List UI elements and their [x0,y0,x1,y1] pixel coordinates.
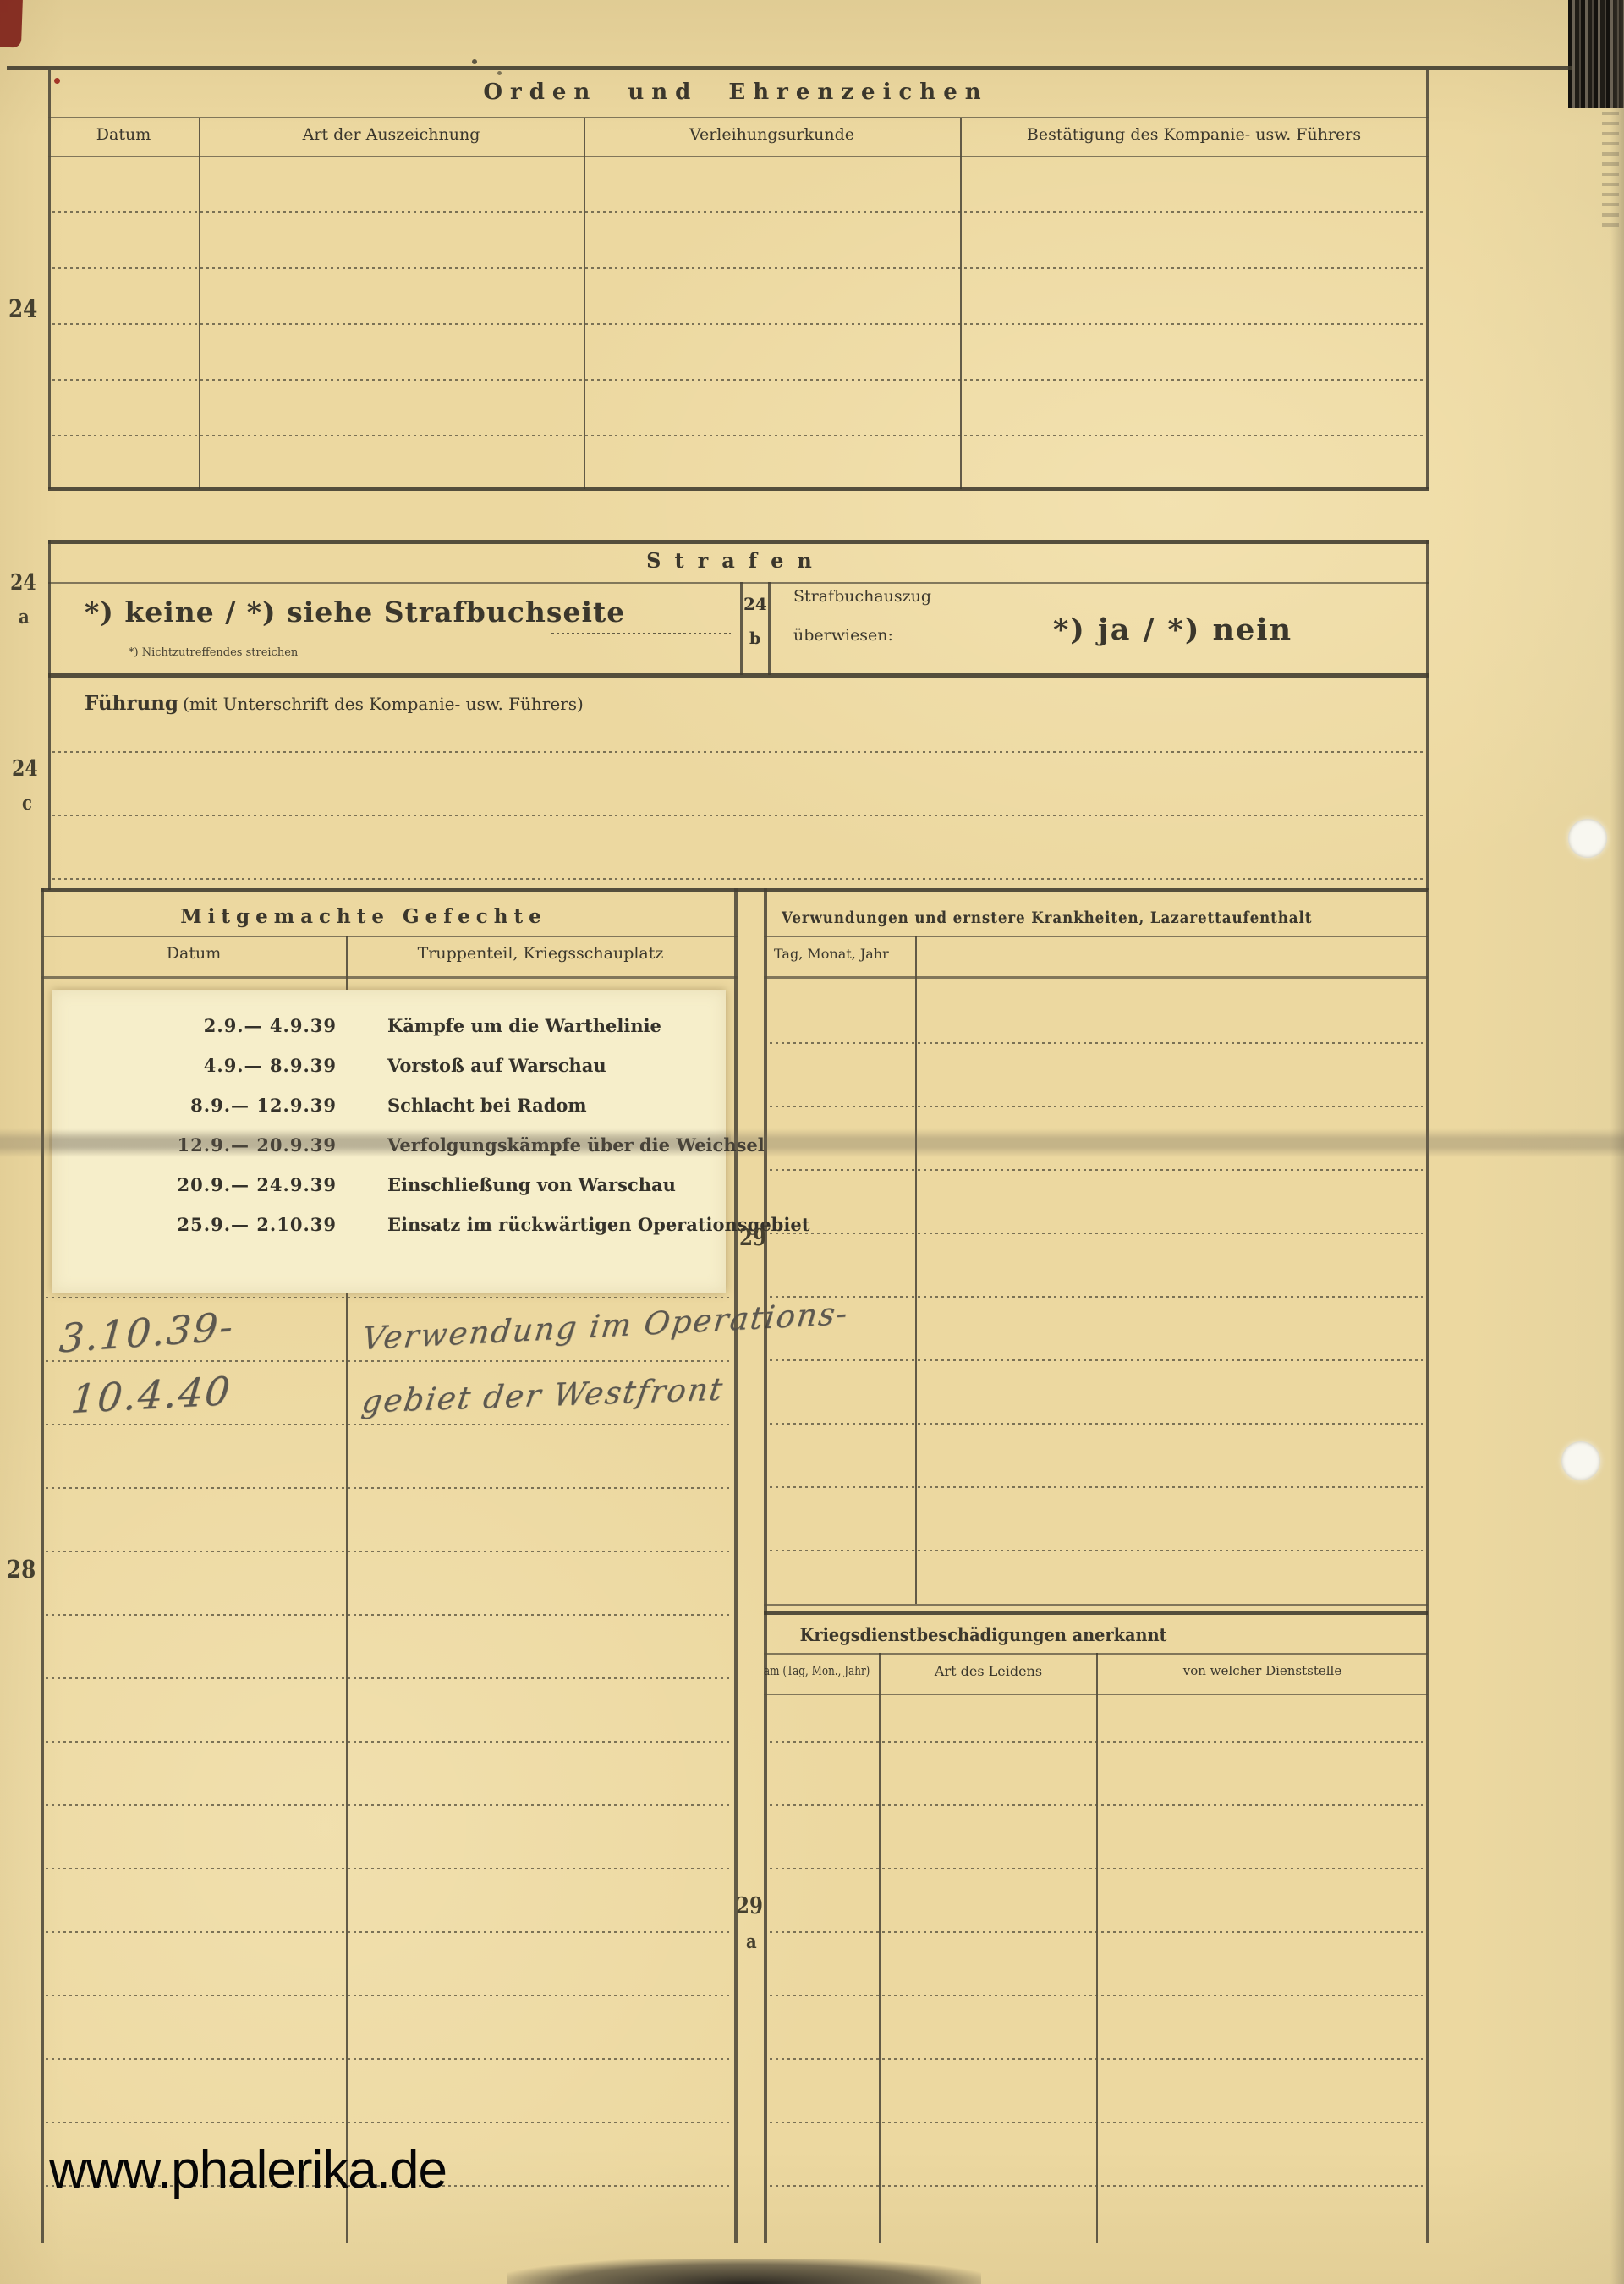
ink-speck [497,71,502,75]
battle-date: 2.9.— 4.9.39 [107,1015,337,1036]
strafen-box-line-1 [740,582,743,675]
strafen-options-text: *) keine / *) siehe Strafbuchseite [85,596,625,629]
fuehrung-heading-rest: (mit Unterschrift des Kompanie- usw. Füh… [183,694,584,714]
dotted-rule [770,1550,1423,1551]
dotted-rule [46,1741,731,1743]
verwundungen-margin-label: 29 [739,1225,766,1251]
typed-battle-list-slip: 2.9.— 4.9.39 Kämpfe um die Warthelinie 4… [52,990,726,1293]
dotted-rule [46,1424,731,1425]
gefechte-title-underline [41,936,738,937]
dotted-rule [770,1233,1423,1234]
ink-speck [472,59,477,64]
gefechte-border-right [734,888,738,2243]
kriegsdienst-margin-number: 29 [736,1893,763,1919]
strafen-extract-label: Strafbuchauszug [793,587,931,606]
battle-row: 25.9.— 2.10.39 Einsatz im rückwärtigen O… [52,1214,726,1239]
orden-section-title: Orden und Ehrenzeichen [398,80,1074,105]
dotted-rule [770,1296,1423,1298]
dotted-rule [52,267,1423,269]
orden-colsep-1 [199,118,200,489]
orden-col-urkunde: Verleihungsurkunde [584,125,960,144]
battle-row: 12.9.— 20.9.39 Verfolgungskämpfe über di… [52,1134,726,1160]
dotted-rule [770,1106,1423,1107]
strafen-margin-number: 24 [10,570,36,596]
dotted-rule [52,435,1423,436]
gefechte-margin-label: 28 [7,1555,36,1584]
strafen-title-underline [48,582,1429,584]
dotted-rule [770,2185,1423,2187]
orden-colsep-3 [960,118,962,489]
strafen-box-letter: b [749,629,760,648]
dotted-rule [770,1931,1423,1933]
kriegsdienst-top-thin-rule [764,1604,1428,1606]
dotted-rule [46,1297,731,1298]
orden-title-underline [48,117,1429,118]
handwritten-date: 10.4.40 [69,1368,233,1422]
battle-text: Schlacht bei Radom [387,1095,587,1116]
orden-header-underline [48,156,1429,157]
handwritten-date: 3.10.39- [58,1304,235,1362]
gefechte-section-title: Mitgemachte Gefechte [110,905,617,928]
verwundungen-section-title: Verwundungen und ernstere Krankheiten, L… [782,909,1312,927]
orden-bottom-rule [48,487,1429,491]
dotted-rule [46,2058,731,2060]
punch-hole [1561,1441,1600,1480]
dotted-rule [46,1551,731,1552]
dotted-rule [770,1486,1423,1488]
dotted-rule [46,1677,731,1679]
dotted-rule [770,1995,1423,1996]
top-rule [7,66,1572,70]
strafen-border-left [48,540,51,677]
kriegsdienst-col-art: Art des Leidens [880,1663,1097,1679]
dotted-rule [46,1995,731,1996]
orden-margin-label: 24 [8,294,37,323]
battle-row: 20.9.— 24.9.39 Einschließung von Warscha… [52,1174,726,1200]
dotted-rule [52,211,1423,213]
dotted-rule [52,815,1423,816]
battle-date: 4.9.— 8.9.39 [107,1055,337,1076]
kriegsdienst-top-rule [764,1611,1428,1615]
orden-col-datum: Datum [48,125,199,144]
kriegsdienst-section-title: Kriegsdienstbeschädigungen anerkannt [765,1624,1201,1645]
verwundungen-border-right [1426,888,1429,2243]
dotted-rule [46,1487,731,1489]
strafen-section-title: Strafen [507,548,964,573]
red-asterisk-speck [54,78,60,84]
dotted-rule [770,2122,1423,2123]
strafen-box-line-2 [768,582,771,675]
battle-date: 8.9.— 12.9.39 [107,1095,337,1116]
strafen-margin-letter: a [19,606,30,629]
strafen-box-number: 24 [743,594,767,614]
strafen-top-rule [48,540,1429,544]
dotted-rule [770,1169,1423,1171]
kriegsdienst-header-underline [764,1694,1428,1695]
dotted-rule [46,1931,731,1933]
dotted-rule [770,1741,1423,1743]
battle-text: Einschließung von Warschau [387,1174,676,1195]
fuehrung-heading: Führung (mit Unterschrift des Kompanie- … [85,692,584,715]
dotted-rule [46,1868,731,1869]
handwritten-text: Verwendung im Operations- [360,1295,851,1357]
dotted-rule [770,1423,1423,1425]
orden-col-bestaetigung: Bestätigung des Kompanie- usw. Führers [960,125,1428,144]
battle-text: Vorstoß auf Warschau [387,1055,606,1076]
fuehrung-border-left [48,677,51,890]
battle-row: 8.9.— 12.9.39 Schlacht bei Radom [52,1095,726,1120]
battle-row: 4.9.— 8.9.39 Vorstoß auf Warschau [52,1055,726,1080]
verwundungen-header-underline [764,976,1428,979]
strafen-ja-nein-options: *) ja / *) nein [1053,612,1292,647]
verwundungen-col-date: Tag, Monat, Jahr [774,946,889,962]
kriegsdienst-col-am: am (Tag, Mon., Jahr) [764,1663,857,1678]
gefechte-header-underline [41,976,738,979]
battle-date: 20.9.— 24.9.39 [107,1174,337,1195]
dotted-rule [46,2122,731,2123]
strafen-footnote: *) Nichtzutreffendes streichen [129,646,298,659]
verwundungen-colsep [915,936,917,1604]
battle-date: 25.9.— 2.10.39 [107,1214,337,1235]
dotted-rule [52,751,1423,753]
dotted-rule [52,379,1423,381]
gefechte-col-truppenteil: Truppenteil, Kriegsschauplatz [347,944,734,963]
strafen-border-right [1426,540,1429,677]
verwundungen-border-left [764,888,767,2243]
handwritten-text: gebiet der Westfront [359,1370,727,1419]
strafen-fill-line [551,633,731,634]
strafen-bottom-rule [48,673,1429,678]
verwundungen-title-underline [764,936,1428,937]
dotted-rule [52,878,1423,880]
kriegsdienst-col-dienststelle: von welcher Dienststelle [1097,1663,1428,1678]
battle-row: 2.9.— 4.9.39 Kämpfe um die Warthelinie [52,1015,726,1040]
dotted-rule [770,1359,1423,1361]
punch-hole [1568,819,1607,858]
battle-text: Kämpfe um die Warthelinie [387,1015,661,1036]
orden-col-art: Art der Auszeichnung [199,125,584,144]
battle-date: 12.9.— 20.9.39 [107,1134,337,1156]
dotted-rule [770,1804,1423,1806]
watermark-text: www.phalerika.de [49,2140,447,2200]
fuehrung-margin-letter: c [22,792,32,815]
gefechte-col-datum: Datum [41,944,347,963]
gefechte-border-left [41,888,44,2243]
fuehrung-border-right [1426,677,1429,890]
red-corner-mark [0,0,23,48]
orden-colsep-2 [584,118,585,489]
dotted-rule [770,1868,1423,1869]
dotted-rule [770,2058,1423,2060]
strafen-transfer-label: überwiesen: [793,626,893,645]
scanned-military-record-page: Orden und Ehrenzeichen Datum Art der Aus… [0,0,1624,2284]
scan-edge-smudge [507,2259,981,2284]
dotted-rule [52,323,1423,325]
dotted-rule [46,1614,731,1616]
kriegsdienst-margin-letter: a [746,1930,757,1953]
dotted-rule [46,1360,731,1362]
dotted-rule [46,1804,731,1806]
fuehrung-heading-bold: Führung [85,692,178,715]
fuehrung-margin-number: 24 [12,756,38,782]
battle-text: Verfolgungskämpfe über die Weichsel [387,1134,765,1156]
dotted-rule [770,1042,1423,1044]
page-edge-shadow [1610,0,1624,2284]
